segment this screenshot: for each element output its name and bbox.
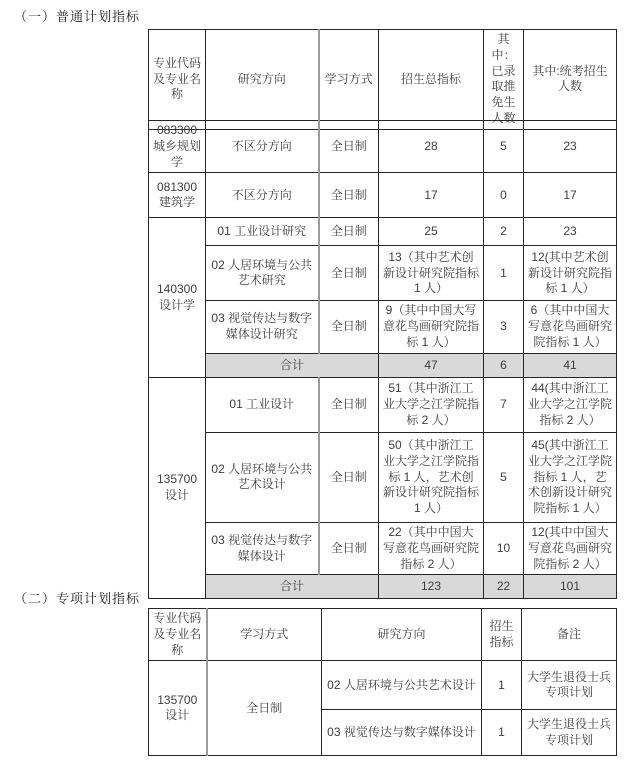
cell-major-code: 135700 设计 xyxy=(149,377,206,598)
cell-direction: 01 工业设计 xyxy=(206,377,319,432)
cell-study-mode: 全日制 xyxy=(319,522,379,574)
table-row: 02 人居环境与公共艺术设计 全日制 50（其中浙江工业大学之江学院指标 1 人… xyxy=(149,432,617,522)
cell-exempt: 3 xyxy=(484,301,524,353)
section1-title: （一）普通计划指标 xyxy=(14,6,140,25)
col-header-major-code: 专业代码及专业名称 xyxy=(149,609,207,661)
cell-total-quota: 9（其中中国大写意花鸟画研究院指标 1 人） xyxy=(379,301,484,353)
cell-direction: 02 人居环境与公共艺术研究 xyxy=(206,246,319,301)
col-header-study-mode: 学习方式 xyxy=(207,609,322,661)
table-row: 03 视觉传达与数字媒体设计研究 全日制 9（其中中国大写意花鸟画研究院指标 1… xyxy=(149,301,617,353)
cell-exempt: 0 xyxy=(484,173,524,218)
col-header-research-direction: 研究方向 xyxy=(322,609,482,661)
cell-subtotal-unified: 41 xyxy=(524,353,617,377)
cell-subtotal-quota: 123 xyxy=(379,575,484,599)
cell-exempt: 5 xyxy=(484,432,524,522)
cell-subtotal-label: 合计 xyxy=(206,575,379,599)
cell-subtotal-unified: 101 xyxy=(524,575,617,599)
table-row: 083300 城乡规划学 不区分方向 全日制 28 5 23 xyxy=(149,121,617,173)
general-plan-table-header: 专业代码及专业名称 研究方向 学习方式 招生总指标 其中： 已录 取推 免生 人… xyxy=(148,29,617,130)
cell-direction: 不区分方向 xyxy=(206,173,319,218)
cell-total-quota: 28 xyxy=(379,121,484,173)
cell-study-mode: 全日制 xyxy=(319,218,379,246)
cell-quota: 1 xyxy=(482,710,522,756)
cell-unified: 12(其中中国大写意花鸟画研究院指标 2 人） xyxy=(524,522,617,574)
col-header-remark: 备注 xyxy=(522,609,617,661)
cell-unified: 6（其中中国大写意花鸟画研究院指标 1 人） xyxy=(524,301,617,353)
cell-major-code: 140300 设计学 xyxy=(149,218,206,377)
subtotal-row: 合计 47 6 41 xyxy=(149,353,617,377)
subtotal-row: 合计 123 22 101 xyxy=(149,575,617,599)
cell-direction: 03 视觉传达与数字媒体设计研究 xyxy=(206,301,319,353)
section2-title: （二）专项计划指标 xyxy=(14,588,140,607)
cell-subtotal-quota: 47 xyxy=(379,353,484,377)
cell-exempt: 1 xyxy=(484,246,524,301)
col-header-research-direction: 研究方向 xyxy=(206,30,319,130)
cell-unified: 23 xyxy=(524,218,617,246)
cell-total-quota: 13（其中艺术创新设计研究院指标 1 人） xyxy=(379,246,484,301)
cell-unified: 23 xyxy=(524,121,617,173)
col-header-study-mode: 学习方式 xyxy=(319,30,379,130)
cell-subtotal-exempt: 6 xyxy=(484,353,524,377)
cell-quota: 1 xyxy=(482,661,522,710)
table-row: 081300 建筑学 不区分方向 全日制 17 0 17 xyxy=(149,173,617,218)
table-row: 140300 设计学 01 工业设计研究 全日制 25 2 23 xyxy=(149,218,617,246)
table-row: 02 人居环境与公共艺术研究 全日制 13（其中艺术创新设计研究院指标 1 人）… xyxy=(149,246,617,301)
cell-major-code: 083300 城乡规划学 xyxy=(149,121,206,173)
cell-total-quota: 25 xyxy=(379,218,484,246)
col-header-unified-exam: 其中:统考招生人数 xyxy=(524,30,617,130)
cell-study-mode: 全日制 xyxy=(319,432,379,522)
cell-total-quota: 51（其中浙江工业大学之江学院指标 2 人） xyxy=(379,377,484,432)
col-header-exempt-admitted: 其中： 已录 取推 免生 人数 xyxy=(484,30,524,130)
cell-subtotal-exempt: 22 xyxy=(484,575,524,599)
header-row: 专业代码及专业名称 学习方式 研究方向 招生指标 备注 xyxy=(149,609,617,661)
cell-direction: 02 人居环境与公共艺术设计 xyxy=(206,432,319,522)
cell-study-mode: 全日制 xyxy=(319,301,379,353)
cell-direction: 不区分方向 xyxy=(206,121,319,173)
cell-total-quota: 17 xyxy=(379,173,484,218)
cell-subtotal-label: 合计 xyxy=(206,353,379,377)
cell-unified: 44(其中浙江工业大学之江学院指标 2 人） xyxy=(524,377,617,432)
cell-exempt: 7 xyxy=(484,377,524,432)
cell-direction: 03 视觉传达与数字媒体设计 xyxy=(322,710,482,756)
cell-remark: 大学生退役士兵专项计划 xyxy=(522,661,617,710)
cell-unified: 17 xyxy=(524,173,617,218)
general-plan-table-body: 083300 城乡规划学 不区分方向 全日制 28 5 23 081300 建筑… xyxy=(148,120,617,599)
table-row: 135700 设计 全日制 02 人居环境与公共艺术设计 1 大学生退役士兵专项… xyxy=(149,661,617,710)
cell-study-mode: 全日制 xyxy=(319,173,379,218)
col-header-major-code: 专业代码及专业名称 xyxy=(149,30,206,130)
document-page: （一）普通计划指标 专业代码及专业名称 研究方向 学习方式 招生总指标 其中： … xyxy=(0,0,629,775)
cell-total-quota: 50（其中浙江工业大学之江学院指标 1 人，艺术创新设计研究院指标 1 人） xyxy=(379,432,484,522)
col-header-quota: 招生指标 xyxy=(482,609,522,661)
cell-remark: 大学生退役士兵专项计划 xyxy=(522,710,617,756)
cell-major-code: 081300 建筑学 xyxy=(149,173,206,218)
cell-study-mode: 全日制 xyxy=(319,377,379,432)
table-row: 03 视觉传达与数字媒体设计 全日制 22（其中中国大写意花鸟画研究院指标 2 … xyxy=(149,522,617,574)
header-row: 专业代码及专业名称 研究方向 学习方式 招生总指标 其中： 已录 取推 免生 人… xyxy=(149,30,617,130)
cell-study-mode: 全日制 xyxy=(319,246,379,301)
cell-exempt: 5 xyxy=(484,121,524,173)
cell-unified: 12(其中艺术创新设计研究院指标 1 人） xyxy=(524,246,617,301)
col-header-total-quota: 招生总指标 xyxy=(379,30,484,130)
cell-major-code: 135700 设计 xyxy=(149,661,207,756)
cell-study-mode: 全日制 xyxy=(207,661,322,756)
cell-study-mode: 全日制 xyxy=(319,121,379,173)
cell-exempt: 2 xyxy=(484,218,524,246)
cell-direction: 03 视觉传达与数字媒体设计 xyxy=(206,522,319,574)
special-plan-table: 专业代码及专业名称 学习方式 研究方向 招生指标 备注 135700 设计 全日… xyxy=(148,608,617,756)
cell-exempt: 10 xyxy=(484,522,524,574)
cell-direction: 02 人居环境与公共艺术设计 xyxy=(322,661,482,710)
cell-direction: 01 工业设计研究 xyxy=(206,218,319,246)
cell-unified: 45(其中浙江工业大学之江学院指标 1 人，艺术创新设计研究院指标 1 人） xyxy=(524,432,617,522)
table-row: 135700 设计 01 工业设计 全日制 51（其中浙江工业大学之江学院指标 … xyxy=(149,377,617,432)
cell-total-quota: 22（其中中国大写意花鸟画研究院指标 2 人） xyxy=(379,522,484,574)
